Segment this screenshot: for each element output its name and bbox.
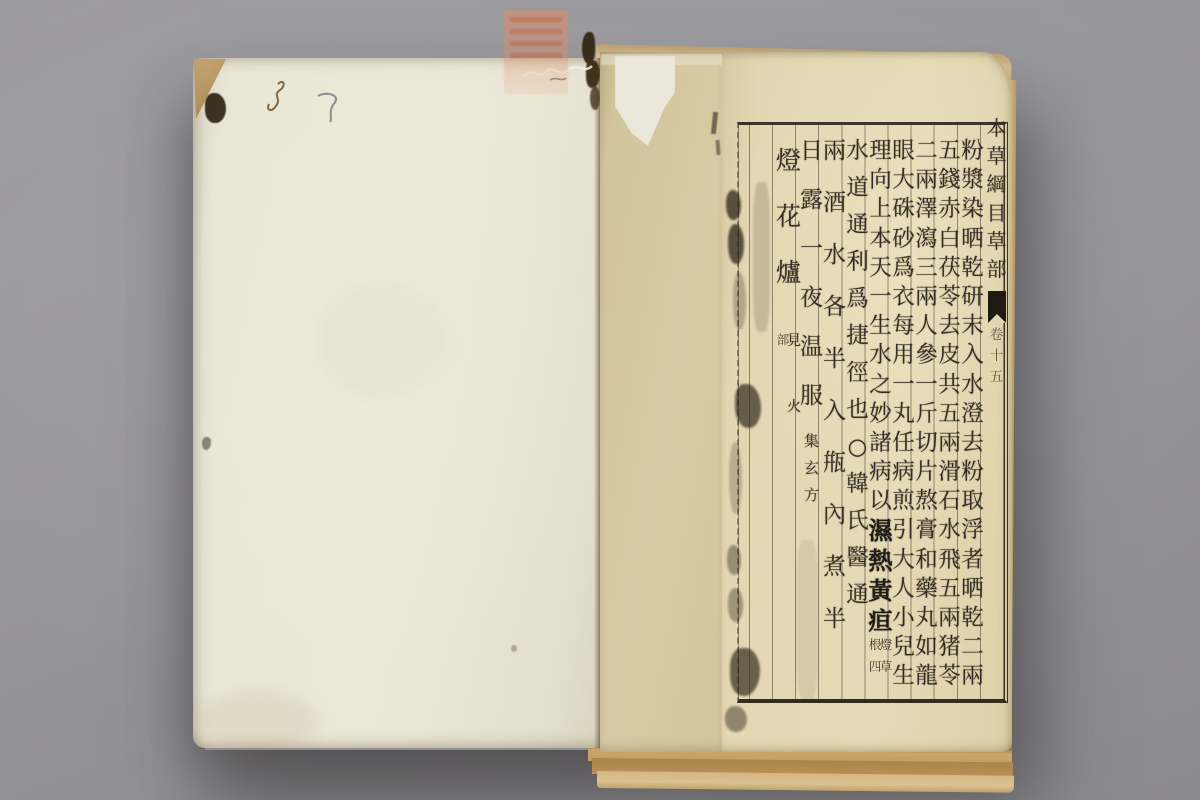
- left-blank-page: [193, 58, 601, 748]
- ink-smudge: [728, 224, 744, 264]
- banxin-title-column: 本草綱目草部 卷十五: [985, 118, 1008, 392]
- paper-speck: [511, 645, 517, 652]
- stamp-text-rows: [510, 17, 562, 65]
- ink-smudge: [725, 706, 747, 732]
- ink-smudge: [728, 588, 743, 622]
- ink-smudge: [727, 545, 741, 575]
- text-column: 五錢赤白茯苓去皮共五兩滑石水飛五兩猪苓: [938, 140, 961, 695]
- photograph-of-open-woodblock-book: { "book": { "banxin": { "title": "本草綱目草部…: [0, 0, 1200, 800]
- small-double-column-note: 燈草 根四: [869, 639, 892, 683]
- text-column: 水道通利爲捷徑也○韓氏醫通: [846, 140, 869, 621]
- text-column: 眼大硃砂爲衣每用一丸任病煎引大人小兒生: [892, 140, 915, 695]
- volume-number: 卷十五: [985, 329, 1008, 392]
- bottom-page-edge-stack: [597, 771, 1014, 793]
- ink-offset-ghost: [753, 182, 770, 332]
- text-column: 燈花爐 見火 部: [777, 148, 800, 466]
- text-column: 兩酒水各半入甁內煮半: [823, 140, 846, 660]
- paper-stain: [198, 690, 318, 752]
- ink-smudge: [729, 442, 742, 514]
- text-column: 粉漿染晒乾研末入水澄去粉取浮者晒乾二兩: [961, 140, 984, 695]
- entry-heading: 燈花爐: [777, 148, 800, 316]
- paper-stain: [318, 282, 448, 398]
- small-double-column-note: 見火 部: [777, 334, 800, 466]
- book-title: 本草綱目草部: [985, 118, 1008, 287]
- orange-collection-stamp: [504, 10, 568, 94]
- text-column: 日露一夜温服 集玄方: [800, 140, 823, 515]
- ink-smudge: [726, 190, 741, 220]
- ink-blot: [205, 93, 226, 123]
- text-column: 理向上本天一生水之妙諸病以 濕熱黃疸 燈草 根四: [869, 140, 892, 683]
- ink-smudge: [735, 384, 761, 428]
- source-citation: 集玄方: [800, 434, 823, 515]
- ink-blot: [590, 86, 600, 110]
- ink-offset-ghost: [796, 540, 818, 700]
- entry-heading: 濕熱黃疸: [869, 519, 892, 639]
- text-column: 二兩澤瀉三兩人參一斤切片熬膏和藥丸如龍: [915, 140, 938, 695]
- fishtail-marker-icon: [988, 291, 1006, 323]
- blank-backing-page: [600, 52, 724, 752]
- pencil-scribbles: [256, 74, 366, 130]
- ink-smudge: [733, 272, 746, 330]
